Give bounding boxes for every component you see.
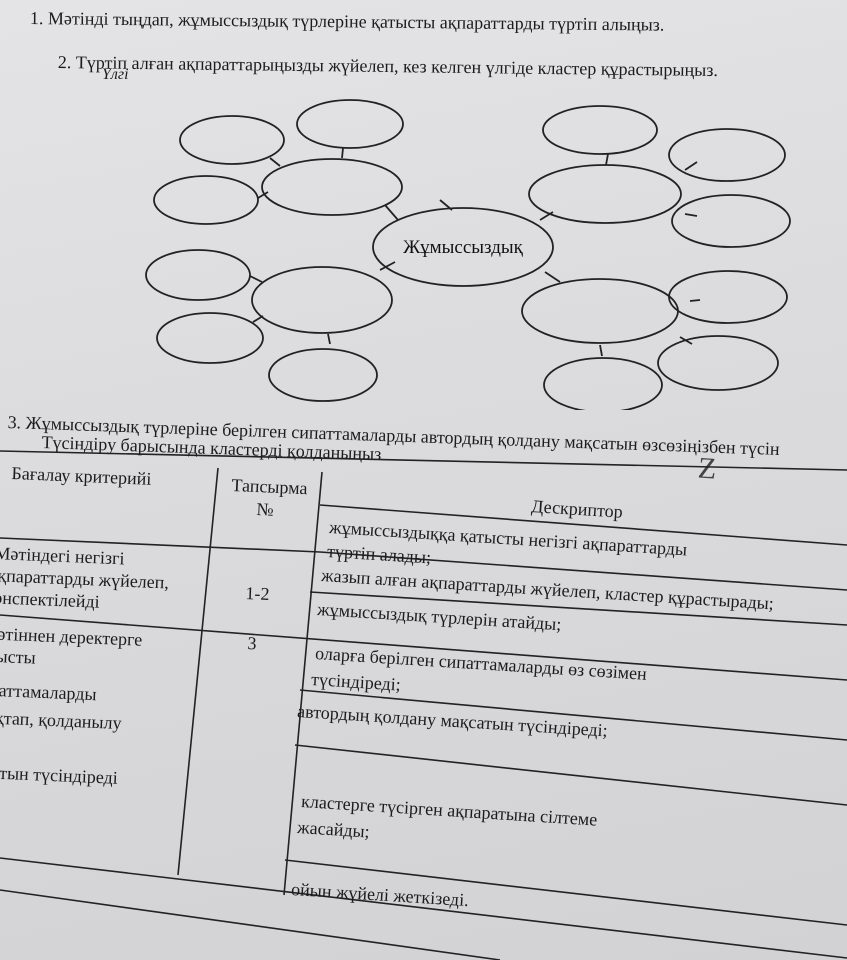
row1-criteria-line3: конспектілейді xyxy=(0,586,100,613)
row1-task: 1-2 xyxy=(245,582,270,605)
header-criteria: Бағалау критерийі xyxy=(11,462,152,490)
cluster-diagram: Жұмыссыздық xyxy=(140,90,820,410)
row2-criteria-line2: қатысты xyxy=(0,644,36,669)
row1-descriptor-3: жұмыссыздық түрлерін атайды; xyxy=(317,598,562,635)
header-task: Тапсырма xyxy=(231,474,308,499)
sample-label: Үлгі xyxy=(102,66,129,84)
header-descriptor: Дескриптор xyxy=(531,495,624,523)
row2-descriptor-3b: жасайды; xyxy=(297,816,371,843)
row2-criteria-line6: мақсатын түсіндіреді xyxy=(0,760,118,789)
instruction-1: 1. Мәтінді тыңдап, жұмыссыздық түрлеріне… xyxy=(30,8,665,36)
header-task-no: № xyxy=(256,498,274,521)
cluster-center-label: Жұмыссыздық xyxy=(403,237,524,258)
instruction-2: 2. Түртіп алған ақпараттарыңызды жүйелеп… xyxy=(58,52,718,81)
row2-criteria-line4: нақтап, қолданылу xyxy=(0,706,122,734)
row2-task: 3 xyxy=(247,632,257,654)
row2-descriptor-4: ойын жүйелі жеткізеді. xyxy=(291,878,470,911)
row2-descriptor-1b: түсіндіреді; xyxy=(311,668,402,696)
handwritten-mark: Z xyxy=(697,451,718,486)
row2-criteria-line3: сипаттамаларды xyxy=(0,678,97,705)
row2-descriptor-2: автордың қолдану мақсатын түсіндіреді; xyxy=(297,700,609,741)
row1-descriptor-1b: түртіп алады; xyxy=(327,540,432,568)
